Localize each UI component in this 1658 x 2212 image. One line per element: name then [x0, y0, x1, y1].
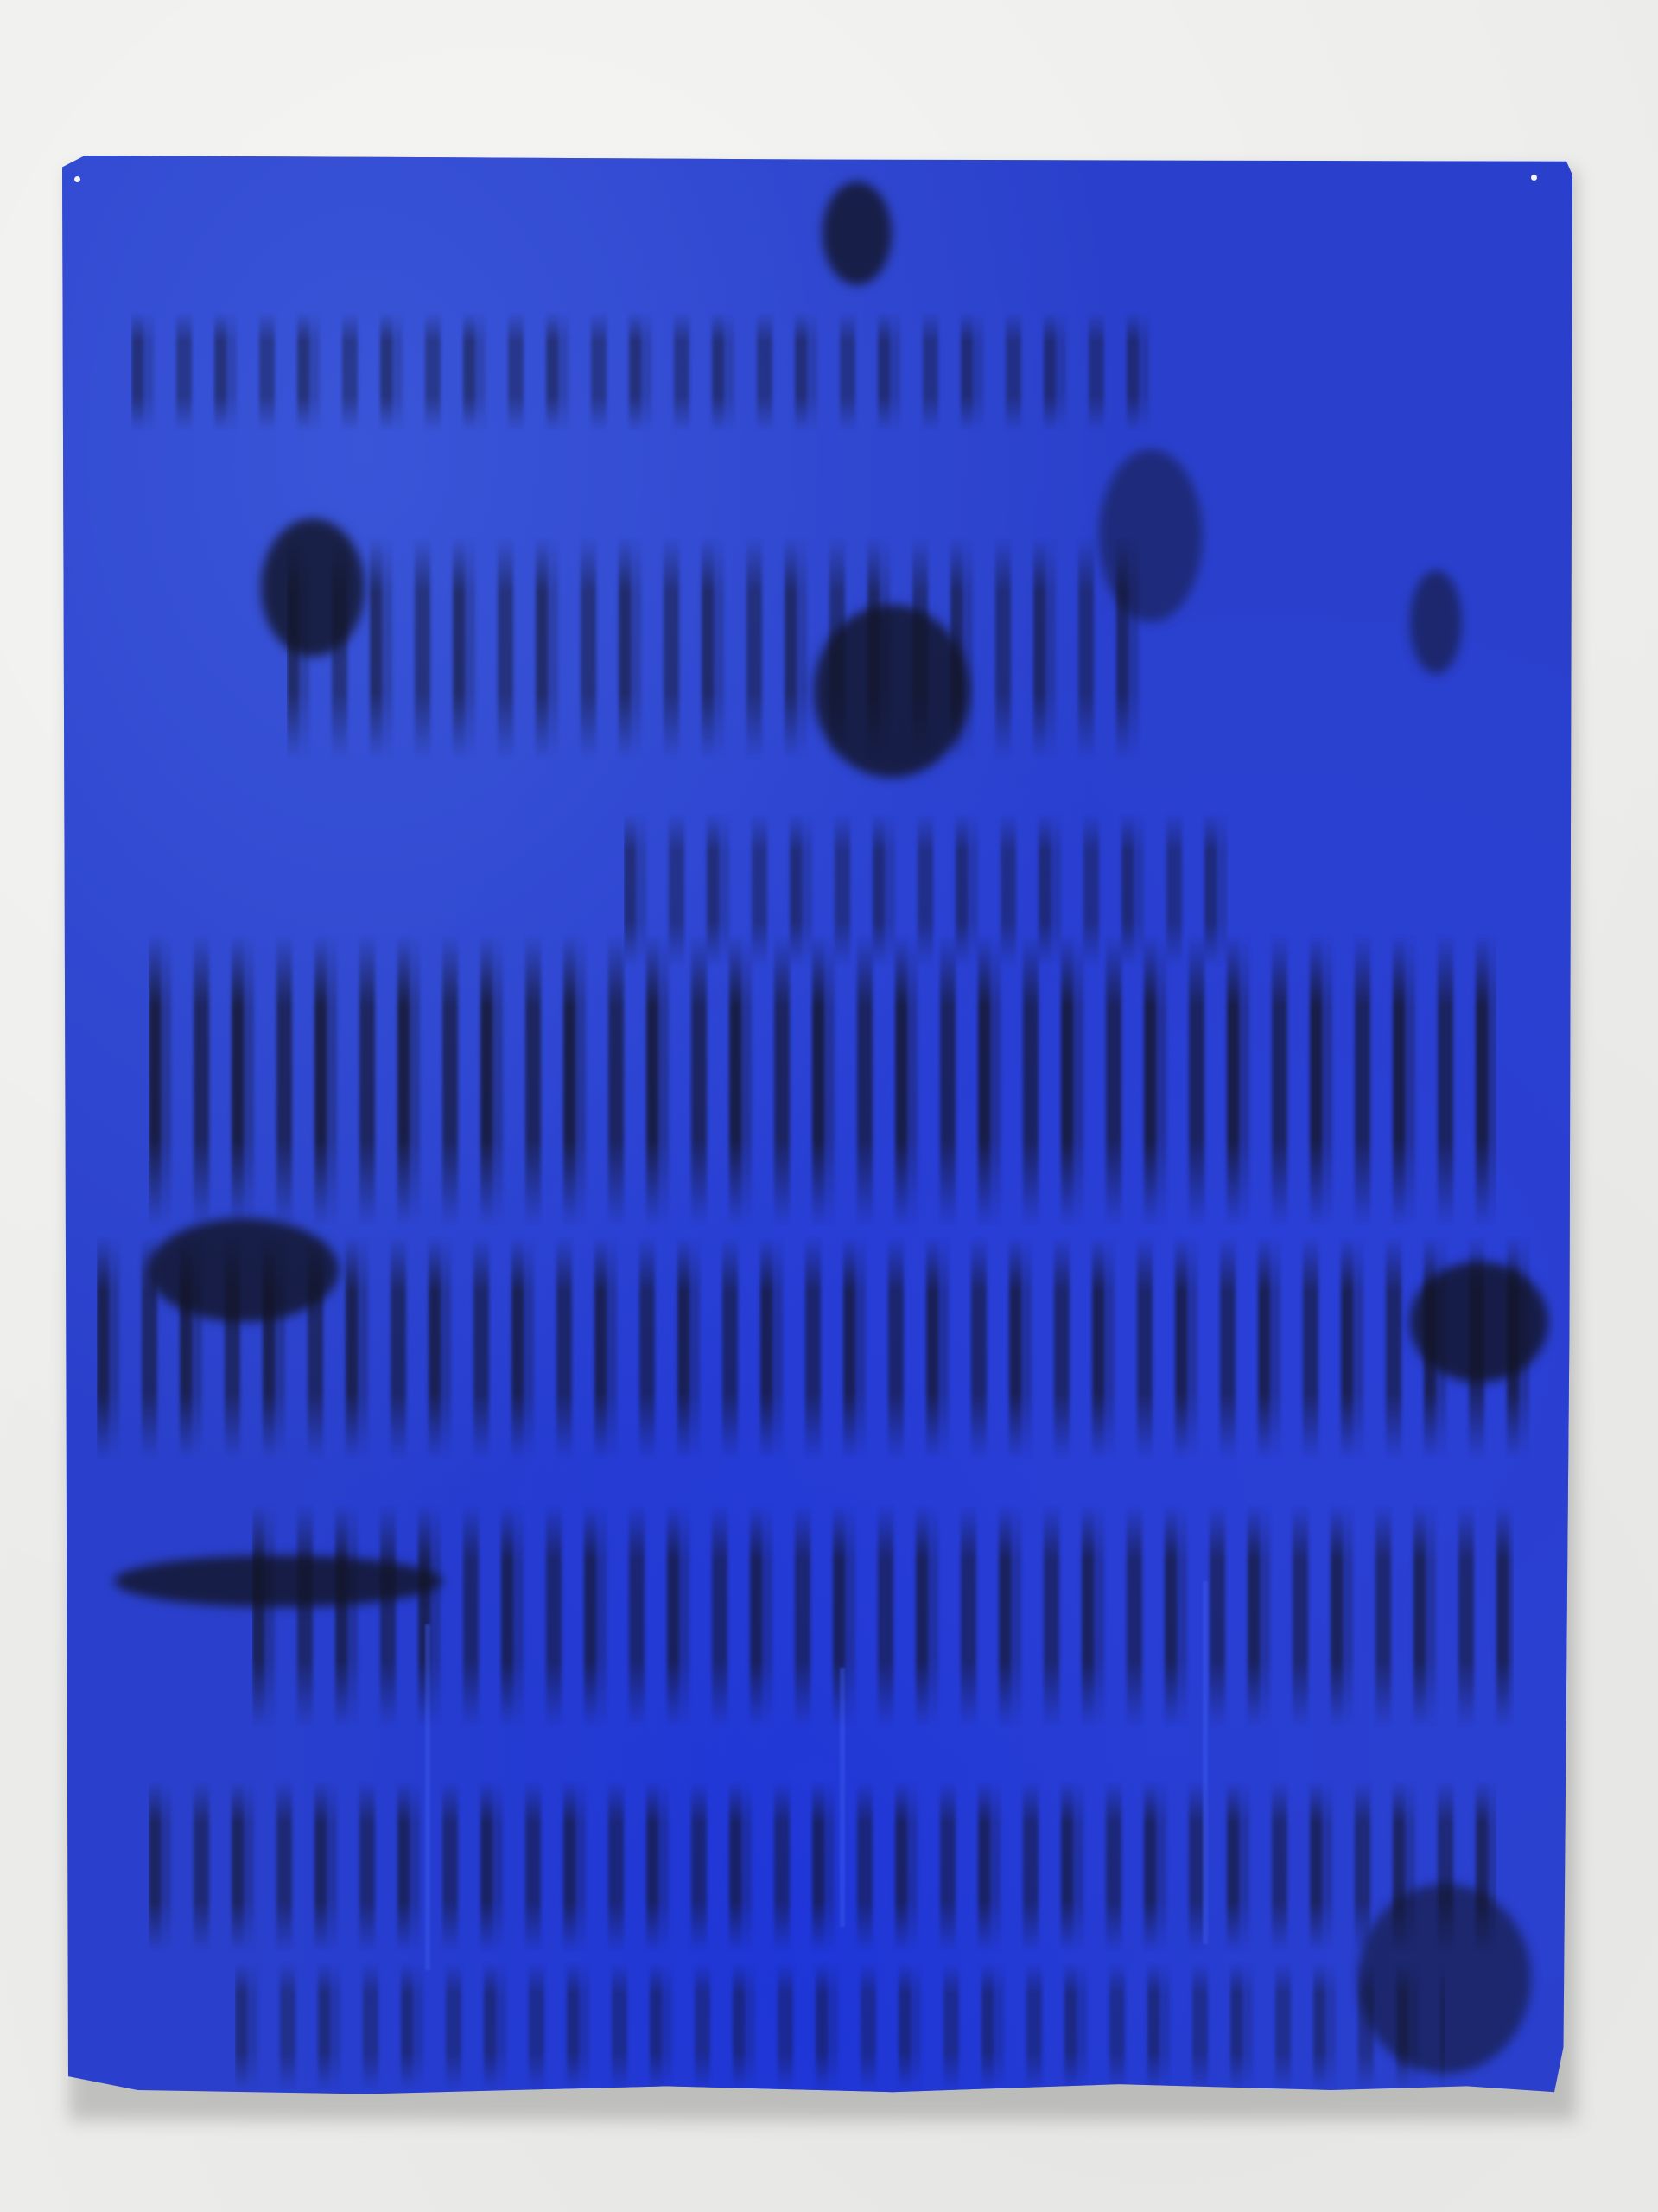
ink-blot — [823, 181, 892, 285]
smudge-row-2 — [287, 536, 1151, 760]
paint-drip — [840, 1668, 845, 1927]
blue-painted-paper — [62, 156, 1572, 2106]
ink-blot — [1358, 1884, 1531, 2074]
smudge-row-6 — [252, 1503, 1514, 1728]
ink-blot — [1410, 570, 1462, 674]
smudge-row-1 — [131, 311, 1168, 432]
smudge-row-4 — [149, 933, 1496, 1227]
paint-drip — [1203, 1581, 1208, 1944]
smudge-row-8 — [235, 1961, 1445, 2091]
ink-blot — [1099, 449, 1203, 622]
smudge-row-7 — [149, 1780, 1496, 1953]
pin-hole-top-left — [74, 176, 80, 182]
ink-blot — [114, 1555, 442, 1607]
paint-drip — [425, 1624, 430, 1970]
ink-blot — [814, 605, 969, 778]
ink-blot — [149, 1218, 339, 1322]
ink-blot — [1410, 1262, 1548, 1382]
ink-blot — [261, 518, 365, 657]
pin-hole-top-right — [1531, 175, 1537, 181]
